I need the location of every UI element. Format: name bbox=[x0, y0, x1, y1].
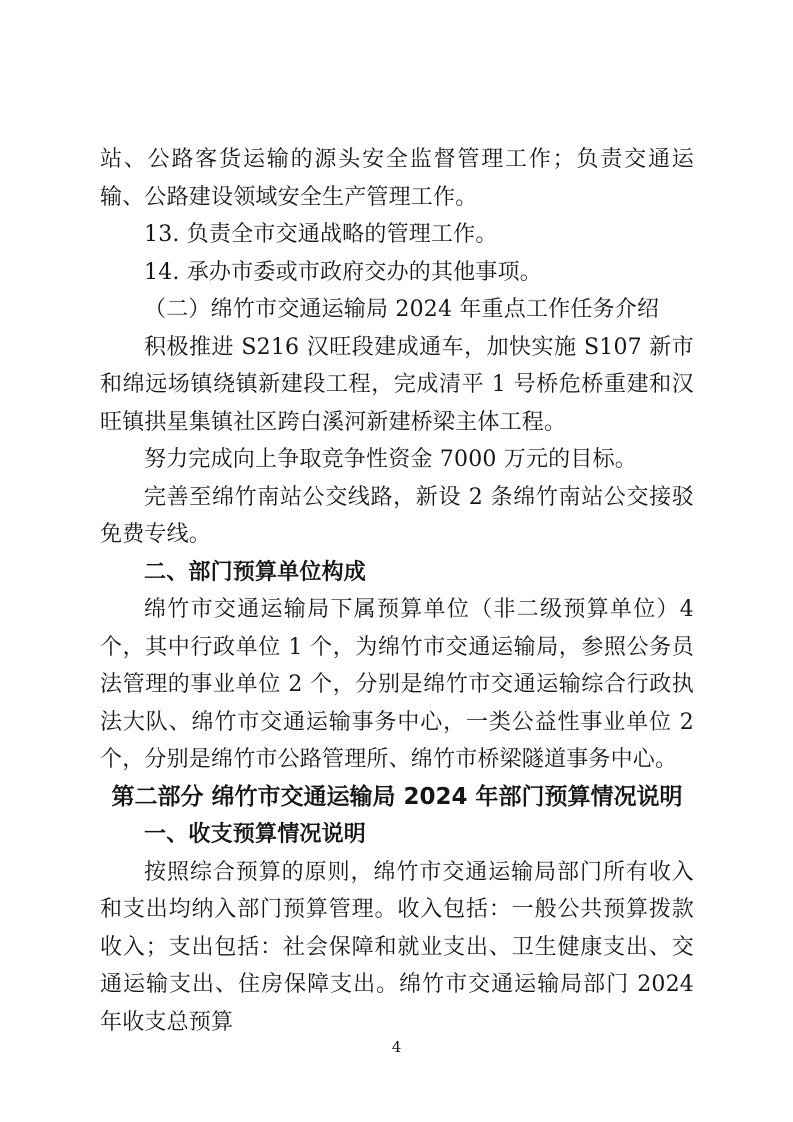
page-number: 4 bbox=[392, 1038, 402, 1056]
page-footer: 4 bbox=[0, 1037, 793, 1056]
paragraph-item-13: 13. 负责全市交通战略的管理工作。 bbox=[100, 216, 694, 254]
paragraph-subsection-2-title: （二）绵竹市交通运输局 2024 年重点工作任务介绍 bbox=[100, 291, 694, 329]
document-page: 站、公路客货运输的源头安全监督管理工作；负责交通运输、公路建设领域安全生产管理工… bbox=[0, 0, 793, 1122]
part-heading-part-two: 第二部分 绵竹市交通运输局 2024 年部门预算情况说明 bbox=[100, 779, 694, 817]
paragraph-key-tasks-funding: 努力完成向上争取竞争性资金 7000 万元的目标。 bbox=[100, 441, 694, 479]
paragraph-budget-units-detail: 绵竹市交通运输局下属预算单位（非二级预算单位）4 个，其中行政单位 1 个，为绵… bbox=[100, 591, 694, 779]
paragraph-key-tasks-roads: 积极推进 S216 汉旺段建成通车，加快实施 S107 新市和绵远场镇绕镇新建段… bbox=[100, 329, 694, 442]
section-heading-budget-units: 二、部门预算单位构成 bbox=[100, 554, 694, 592]
paragraph-item-14: 14. 承办市委或市政府交办的其他事项。 bbox=[100, 254, 694, 292]
section-heading-revenue-expenditure: 一、收支预算情况说明 bbox=[100, 816, 694, 854]
document-body: 站、公路客货运输的源头安全监督管理工作；负责交通运输、公路建设领域安全生产管理工… bbox=[100, 141, 694, 1041]
paragraph-continuation: 站、公路客货运输的源头安全监督管理工作；负责交通运输、公路建设领域安全生产管理工… bbox=[100, 141, 694, 216]
paragraph-key-tasks-bus-lines: 完善至绵竹南站公交线路，新设 2 条绵竹南站公交接驳免费专线。 bbox=[100, 479, 694, 554]
paragraph-budget-principle: 按照综合预算的原则，绵竹市交通运输局部门所有收入和支出均纳入部门预算管理。收入包… bbox=[100, 854, 694, 1042]
